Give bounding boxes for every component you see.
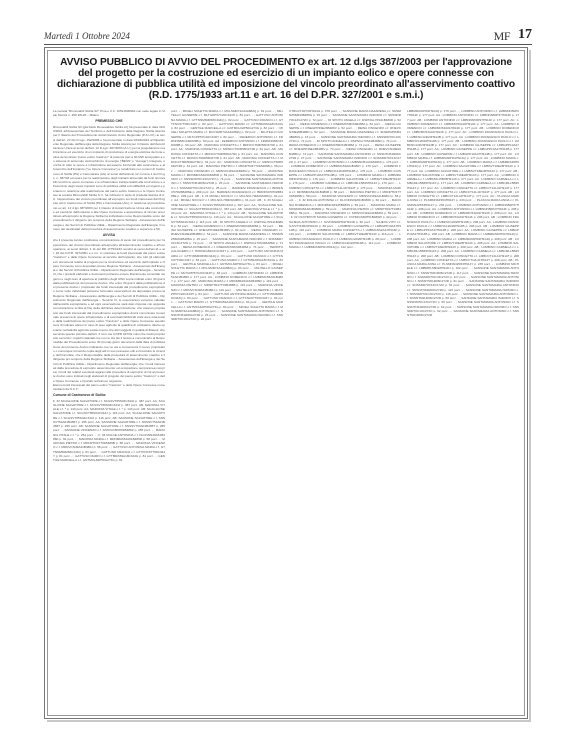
public-notice-frame: AVVISO PUBBLICO DI AVVIO DEL PROCEDIMENT… bbox=[44, 47, 528, 719]
notice-column-1: La società "Rinnovabili Sicilia Srl" P.i… bbox=[53, 109, 165, 711]
page-number: 17 bbox=[518, 27, 532, 43]
premesso-heading: PREMESSO CHE bbox=[53, 119, 165, 123]
public-notice-inner-frame: AVVISO PUBBLICO DI AVVIO DEL PROCEDIMENT… bbox=[47, 50, 525, 716]
notice-column-3: CTRGVT40T33H914G p. 378 porz. - ; SANSON… bbox=[289, 109, 401, 711]
newspaper-brand: MF bbox=[494, 29, 510, 44]
notice-column-2: porz. - ; MICELI SOLETTA MARIA c.f. MCLS… bbox=[171, 109, 283, 711]
company-intro: La società "Rinnovabili Sicilia Srl" P.i… bbox=[53, 109, 165, 118]
notice-column-4: LMBMRA60H01H914Q p. 176 porz. - ; LOMBIN… bbox=[407, 109, 519, 711]
issue-date: Martedì 1 Ottobre 2024 bbox=[44, 31, 130, 41]
notice-title: AVVISO PUBBLICO DI AVVIO DEL PROCEDIMENT… bbox=[54, 57, 518, 101]
avvisa-heading: AVVISA bbox=[53, 233, 165, 237]
comune-parcel-list: F. 32 SCAGLIONE SALVATORE c.f. SCGSVT65S… bbox=[53, 399, 165, 463]
notice-columns: La società "Rinnovabili Sicilia Srl" P.i… bbox=[53, 109, 519, 711]
parcel-list-3: CTRGVT40T33H914G p. 378 porz. - ; SANSON… bbox=[289, 109, 401, 249]
parcel-list-2: porz. - ; MICELI SOLETTA MARIA c.f. MCLS… bbox=[171, 109, 283, 322]
parcel-list-4: LMBMRA60H01H914Q p. 176 porz. - ; LOMBIN… bbox=[407, 109, 519, 317]
comune-heading: Comune di Castronovo di Sicilia: bbox=[53, 393, 165, 397]
premesso-text: Rinnovabili Sicilia Srl (già Falck Renew… bbox=[53, 125, 165, 231]
masthead: Martedì 1 Ottobre 2024 MF 17 bbox=[44, 28, 532, 45]
elenco-text: Elenco fondi interessati del parco eolic… bbox=[53, 383, 165, 392]
avvisa-text: che il presente Avviso costituisce comun… bbox=[53, 238, 165, 383]
